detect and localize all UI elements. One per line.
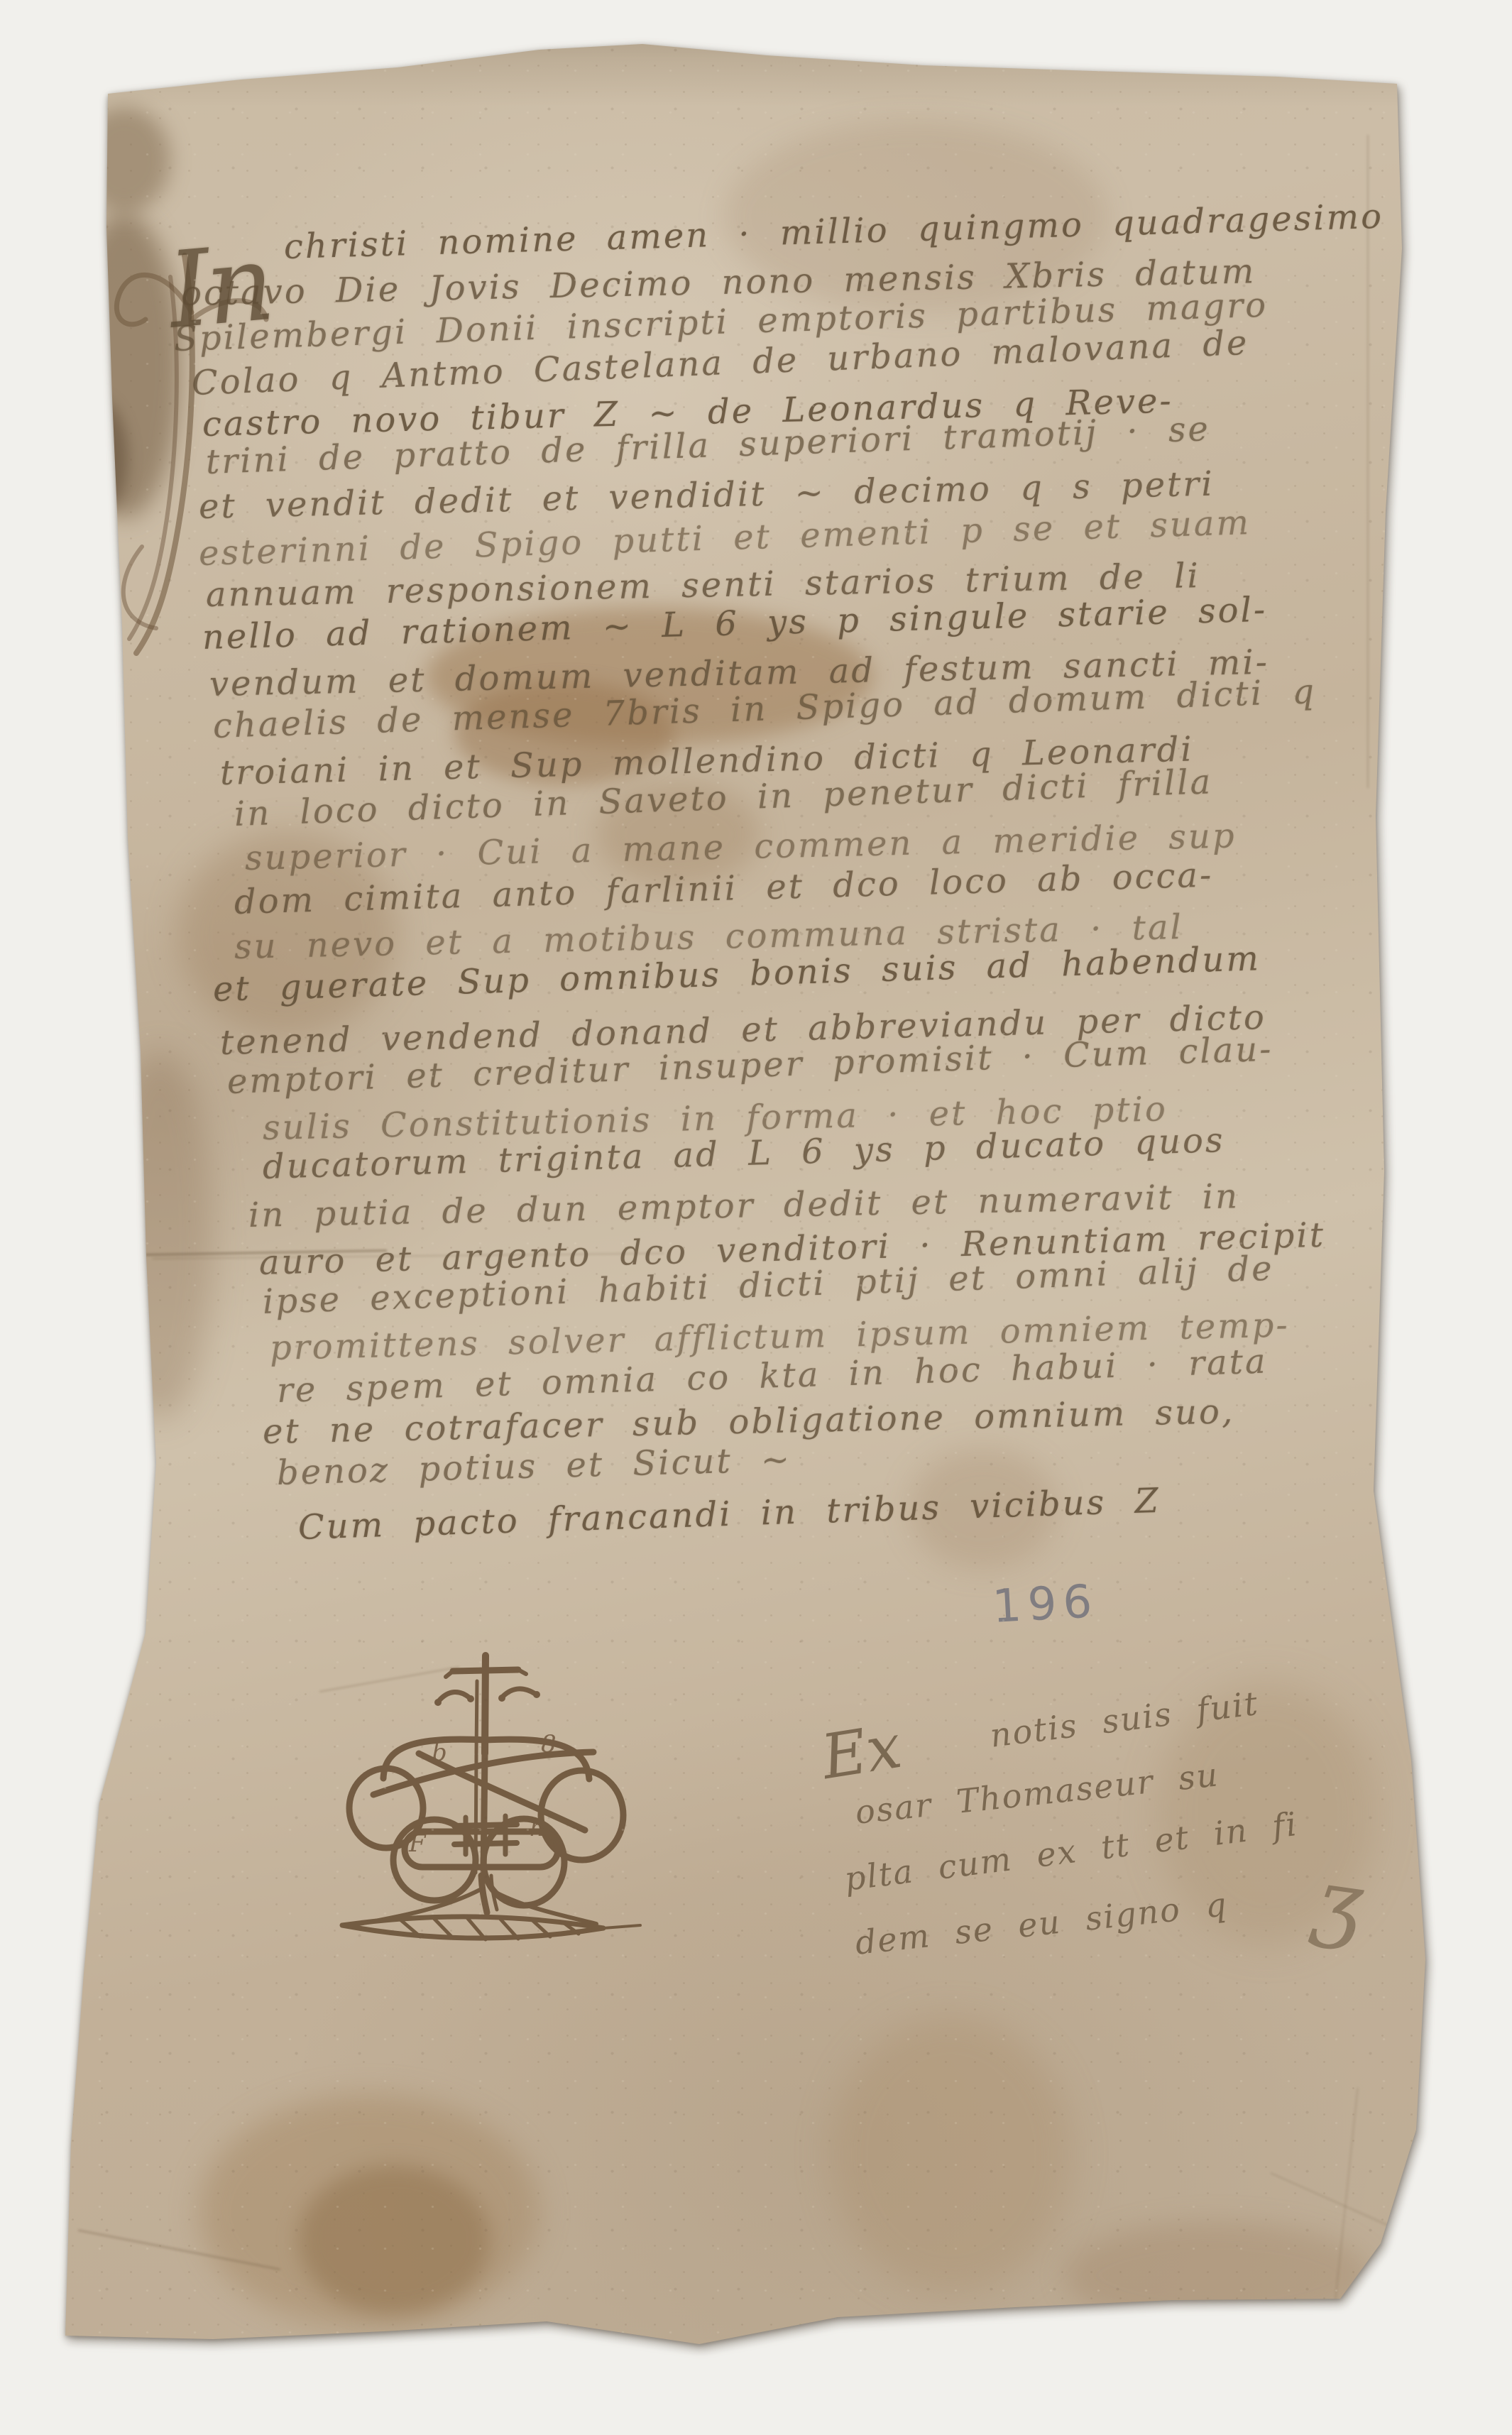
stain [831,2016,1072,2293]
subscription-initial: Ex [818,1716,905,1788]
edge-shade [0,2357,1512,2435]
catalog-number: 196 [991,1579,1099,1630]
fold-crease [1271,2172,1440,2249]
sign-base [342,1917,603,1938]
fold-crease [1335,2088,1358,2300]
notary-sign-letter: b [432,1739,447,1767]
notary-sign-letter: h [530,1814,545,1842]
edge-shade [0,0,1512,106]
stain [78,106,170,213]
subscription-line: osar Thomaseur su [853,1756,1220,1830]
notary-sign-letter: F [408,1829,427,1858]
edge-shade [1455,0,1512,2435]
parchment-sheet: In christi nomine amen · millio quingmo … [0,0,1512,2435]
edge-shade [0,0,67,2435]
paraph-flourish: ʒ [1309,1857,1369,1948]
stain [1065,2222,1370,2329]
manuscript-line: Cum pacto francandi in tribus vicibus Z [297,1482,1161,1547]
parchment-surface: In christi nomine amen · millio quingmo … [0,0,1512,2435]
notary-sign: b 8 F h [334,1647,646,1952]
stain [298,2165,490,2314]
subscription-line: dem se eu signo q [853,1886,1229,1961]
notary-sign-letter: 8 [541,1730,557,1758]
fold-crease [78,2229,280,2270]
stain [199,2094,539,2329]
scan-background: In christi nomine amen · millio quingmo … [0,0,1512,2435]
stain [106,1051,213,1420]
subscription-line: notis suis fuit [988,1685,1261,1754]
